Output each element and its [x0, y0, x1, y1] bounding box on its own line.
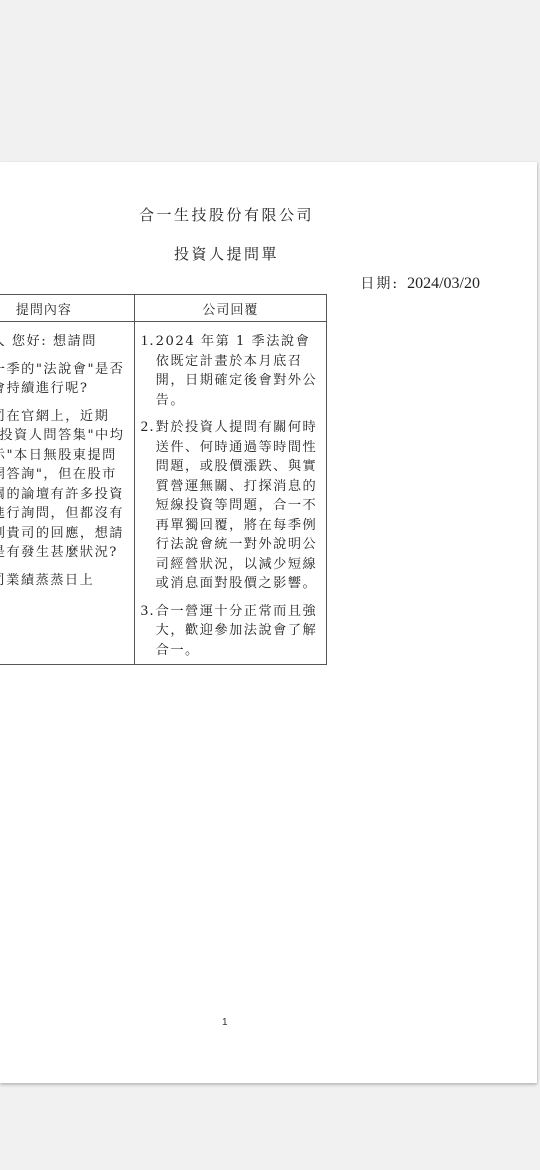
page-number: 1 [222, 1017, 228, 1028]
form-title: 投資人提問單 [0, 243, 453, 264]
question-greeting: 發言人 您好: 想請問 [0, 332, 128, 352]
question-item: 2. 貴司在官網上，近期於"投資人問答集"中均顯示"本日無股東提問公開答詢"，但… [0, 407, 128, 563]
company-name: 合一生技股份有限公司 [0, 204, 453, 225]
date-label: 日期: [360, 276, 399, 292]
header-answer: 公司回覆 [134, 295, 326, 322]
question-item: 1. 每一季的"法說會"是否還會持續進行呢? [0, 360, 128, 399]
question-cell: 發言人 您好: 想請問 1. 每一季的"法說會"是否還會持續進行呢? 2. 貴司… [0, 322, 134, 665]
header-question: 提問內容 [0, 295, 134, 322]
question-thanks: 謝謝~ [0, 598, 128, 618]
qa-table: 提問內容 公司回覆 發言人 您好: 想請問 1. 每一季的"法說會"是否還會持續… [0, 294, 327, 665]
answer-cell: 1. 2024 年第 1 季法說會依既定計畫於本月底召開，日期確定後會對外公告。… [134, 322, 326, 665]
table-row: 發言人 您好: 想請問 1. 每一季的"法說會"是否還會持續進行呢? 2. 貴司… [0, 322, 327, 665]
date-value: 2024/03/20 [407, 275, 480, 292]
question-closing: 祝公司業績蒸蒸日上 [0, 571, 128, 591]
table-header-row: 提問內容 公司回覆 [0, 295, 327, 322]
answer-item: 2. 對於投資人提問有關何時送件、何時通過等時間性問題，或股價漲跌、與實質營運無… [141, 418, 320, 594]
answer-item: 1. 2024 年第 1 季法說會依既定計畫於本月底召開，日期確定後會對外公告。 [141, 332, 320, 410]
answer-item: 3. 合一營運十分正常而且強大，歡迎參加法說會了解合一。 [141, 602, 320, 661]
date-line: 日期:2024/03/20 [360, 273, 480, 293]
document-page: 合一生技股份有限公司 投資人提問單 日期:2024/03/20 提問內容 公司回… [0, 162, 537, 1083]
